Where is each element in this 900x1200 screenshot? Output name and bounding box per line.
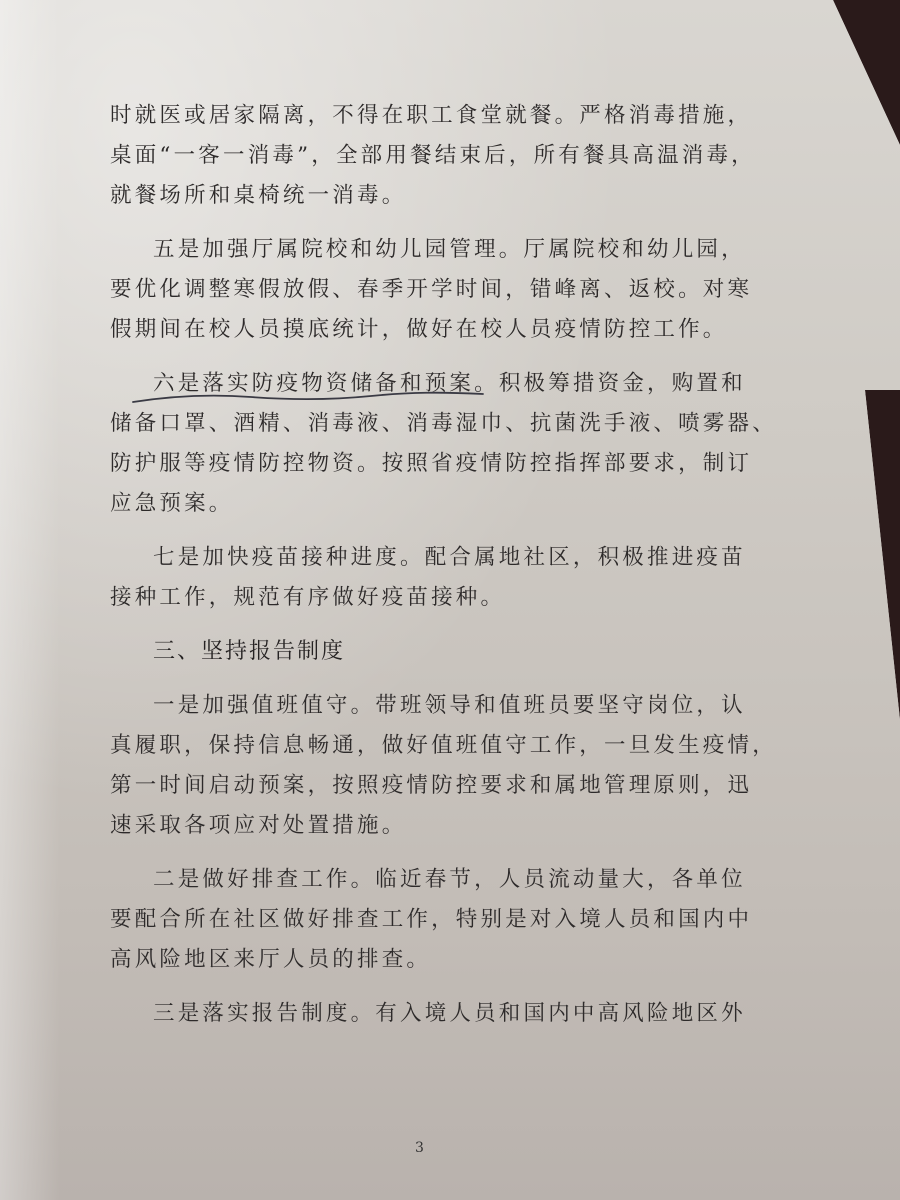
text-line: 接种工作，规范有序做好疫苗接种。	[110, 578, 760, 618]
page-number: 3	[415, 1140, 424, 1156]
text-line: 储备口罩、酒精、消毒液、消毒湿巾、抗菌洗手液、喷雾器、	[110, 404, 760, 444]
section-heading: 三、坚持报告制度	[110, 632, 760, 672]
text-line: 要配合所在社区做好排查工作，特别是对入境人员和国内中	[110, 900, 760, 940]
document-body: 时就医或居家隔离，不得在职工食堂就餐。严格消毒措施， 桌面“一客一消毒”，全部用…	[110, 96, 760, 1034]
text-line: 就餐场所和桌椅统一消毒。	[110, 176, 760, 216]
paragraph-item-7: 七是加快疫苗接种进度。配合属地社区，积极推进疫苗 接种工作，规范有序做好疫苗接种…	[110, 538, 760, 618]
text-line: 高风险地区来厅人员的排查。	[110, 940, 760, 980]
text-line: 真履职，保持信息畅通，做好值班值守工作，一旦发生疫情，	[110, 726, 760, 766]
paragraph-report-2: 二是做好排查工作。临近春节，人员流动量大，各单位 要配合所在社区做好排查工作，特…	[110, 860, 760, 980]
page-lighting	[0, 0, 60, 1200]
underlined-lead: 六是落实防疫物资储备和预案。	[153, 364, 499, 404]
paragraph-canteen: 时就医或居家隔离，不得在职工食堂就餐。严格消毒措施， 桌面“一客一消毒”，全部用…	[110, 96, 760, 216]
text-line: 二是做好排查工作。临近春节，人员流动量大，各单位	[110, 860, 760, 900]
text-line-rest: 积极筹措资金，购置和	[499, 371, 746, 396]
text-line: 三是落实报告制度。有入境人员和国内中高风险地区外	[110, 994, 760, 1034]
text-line: 第一时间启动预案，按照疫情防控要求和属地管理原则，迅	[110, 766, 760, 806]
text-line: 假期间在校人员摸底统计，做好在校人员疫情防控工作。	[110, 310, 760, 350]
text-line: 速采取各项应对处置措施。	[110, 806, 760, 846]
paragraph-item-5: 五是加强厅属院校和幼儿园管理。厅属院校和幼儿园， 要优化调整寒假放假、春季开学时…	[110, 230, 760, 350]
text-line: 时就医或居家隔离，不得在职工食堂就餐。严格消毒措施，	[110, 96, 760, 136]
text-line: 五是加强厅属院校和幼儿园管理。厅属院校和幼儿园，	[110, 230, 760, 270]
text-line: 一是加强值班值守。带班领导和值班员要坚守岗位，认	[110, 686, 760, 726]
text-line: 桌面“一客一消毒”，全部用餐结束后，所有餐具高温消毒，	[110, 136, 760, 176]
paragraph-item-6: 六是落实防疫物资储备和预案。 积极筹措资金，购置和 储备口罩、酒精、消毒液、消毒…	[110, 364, 760, 524]
pen-underline-icon	[131, 388, 491, 408]
paragraph-report-3: 三是落实报告制度。有入境人员和国内中高风险地区外	[110, 994, 760, 1034]
text-line: 六是落实防疫物资储备和预案。 积极筹措资金，购置和	[110, 364, 760, 404]
text-line: 应急预案。	[110, 484, 760, 524]
text-line: 防护服等疫情防控物资。按照省疫情防控指挥部要求，制订	[110, 444, 760, 484]
text-line: 要优化调整寒假放假、春季开学时间，错峰离、返校。对寒	[110, 270, 760, 310]
text-line: 七是加快疫苗接种进度。配合属地社区，积极推进疫苗	[110, 538, 760, 578]
paragraph-report-1: 一是加强值班值守。带班领导和值班员要坚守岗位，认 真履职，保持信息畅通，做好值班…	[110, 686, 760, 846]
